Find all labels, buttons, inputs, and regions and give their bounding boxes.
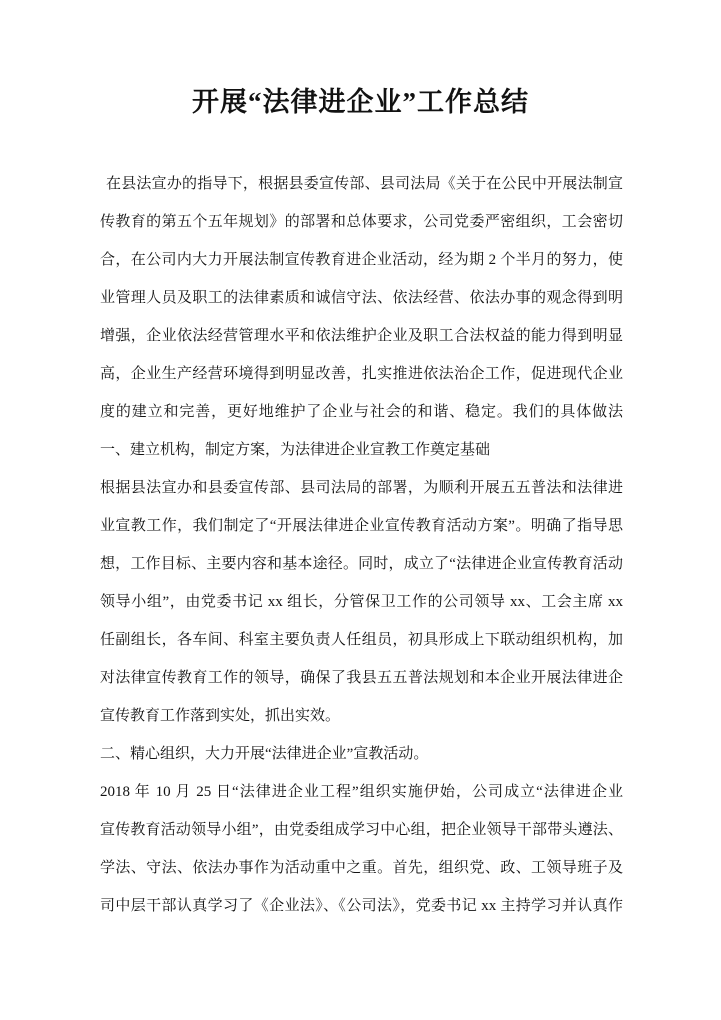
text-line: 根据县法宣办和县委宣传部、县司法局的部署，为顺利开展五五普法和法律进企 — [100, 469, 623, 507]
text-line: 业管理人员及职工的法律素质和诚信守法、依法经营、依法办事的观念得到明显 — [100, 279, 623, 317]
text-line: 司中层干部认真学习了《企业法》、《公司法》，党委书记 xx 主持学习并认真作了 — [100, 887, 623, 925]
text-line: 高，企业生产经营环境得到明显改善，扎实推进依法治企工作，促进现代企业制 — [100, 355, 623, 393]
text-line: 宣传教育工作落到实处，抓出实效。 — [100, 697, 623, 735]
text-line: 合，在公司内大力开展法制宣传教育进企业活动，经为期 2 个半月的努力，使企 — [100, 241, 623, 279]
text-line: 增强，企业依法经营管理水平和依法维护企业及职工合法权益的能力得到明显提 — [100, 317, 623, 355]
document-page: 开展“法律进企业”工作总结 在县法宣办的指导下，根据县委宣传部、县司法局《关于在… — [0, 0, 721, 1020]
text-line: 领导小组”，由党委书记 xx 组长，分管保卫工作的公司领导 xx、工会主席 xx — [100, 583, 623, 621]
document-title: 开展“法律进企业”工作总结 — [0, 0, 721, 122]
heading-line: 一、建立机构，制定方案，为法律进企业宣教工作奠定基础 — [100, 431, 623, 469]
text-line: 宣传教育活动领导小组”，由党委组成学习中心组，把企业领导干部带头遵法、 — [100, 811, 623, 849]
text-line: 度的建立和完善，更好地维护了企业与社会的和谐、稳定。我们的具体做法是： — [100, 393, 623, 431]
paragraph-section-1: 根据县法宣办和县委宣传部、县司法局的部署，为顺利开展五五普法和法律进企 业宣教工… — [100, 469, 623, 735]
paragraph-section-2: 2018 年 10 月 25 日“法律进企业工程”组织实施伊始，公司成立“法律进… — [100, 773, 623, 925]
text-line: 想，工作目标、主要内容和基本途径。同时，成立了“法律进企业宣传教育活动 — [100, 545, 623, 583]
heading-line: 二、精心组织，大力开展“法律进企业”宣教活动。 — [100, 735, 623, 773]
document-body: 在县法宣办的指导下，根据县委宣传部、县司法局《关于在公民中开展法制宣 传教育的第… — [100, 165, 623, 925]
section-heading-2: 二、精心组织，大力开展“法律进企业”宣教活动。 — [100, 735, 623, 773]
text-line: 2018 年 10 月 25 日“法律进企业工程”组织实施伊始，公司成立“法律进… — [100, 773, 623, 811]
text-line: 任副组长，各车间、科室主要负责人任组员，初具形成上下联动组织机构，加强 — [100, 621, 623, 659]
text-line: 传教育的第五个五年规划》的部署和总体要求，公司党委严密组织，工会密切配 — [100, 203, 623, 241]
text-line: 业宣教工作，我们制定了“开展法律进企业宣传教育活动方案”。明确了指导思 — [100, 507, 623, 545]
text-line: 在县法宣办的指导下，根据县委宣传部、县司法局《关于在公民中开展法制宣 — [100, 165, 623, 203]
section-heading-1: 一、建立机构，制定方案，为法律进企业宣教工作奠定基础 — [100, 431, 623, 469]
text-line: 学法、守法、依法办事作为活动重中之重。首先，组织党、政、工领导班子及公 — [100, 849, 623, 887]
text-line: 对法律宣传教育工作的领导，确保了我县五五普法规划和本企业开展法律进企业 — [100, 659, 623, 697]
paragraph-intro: 在县法宣办的指导下，根据县委宣传部、县司法局《关于在公民中开展法制宣 传教育的第… — [100, 165, 623, 431]
